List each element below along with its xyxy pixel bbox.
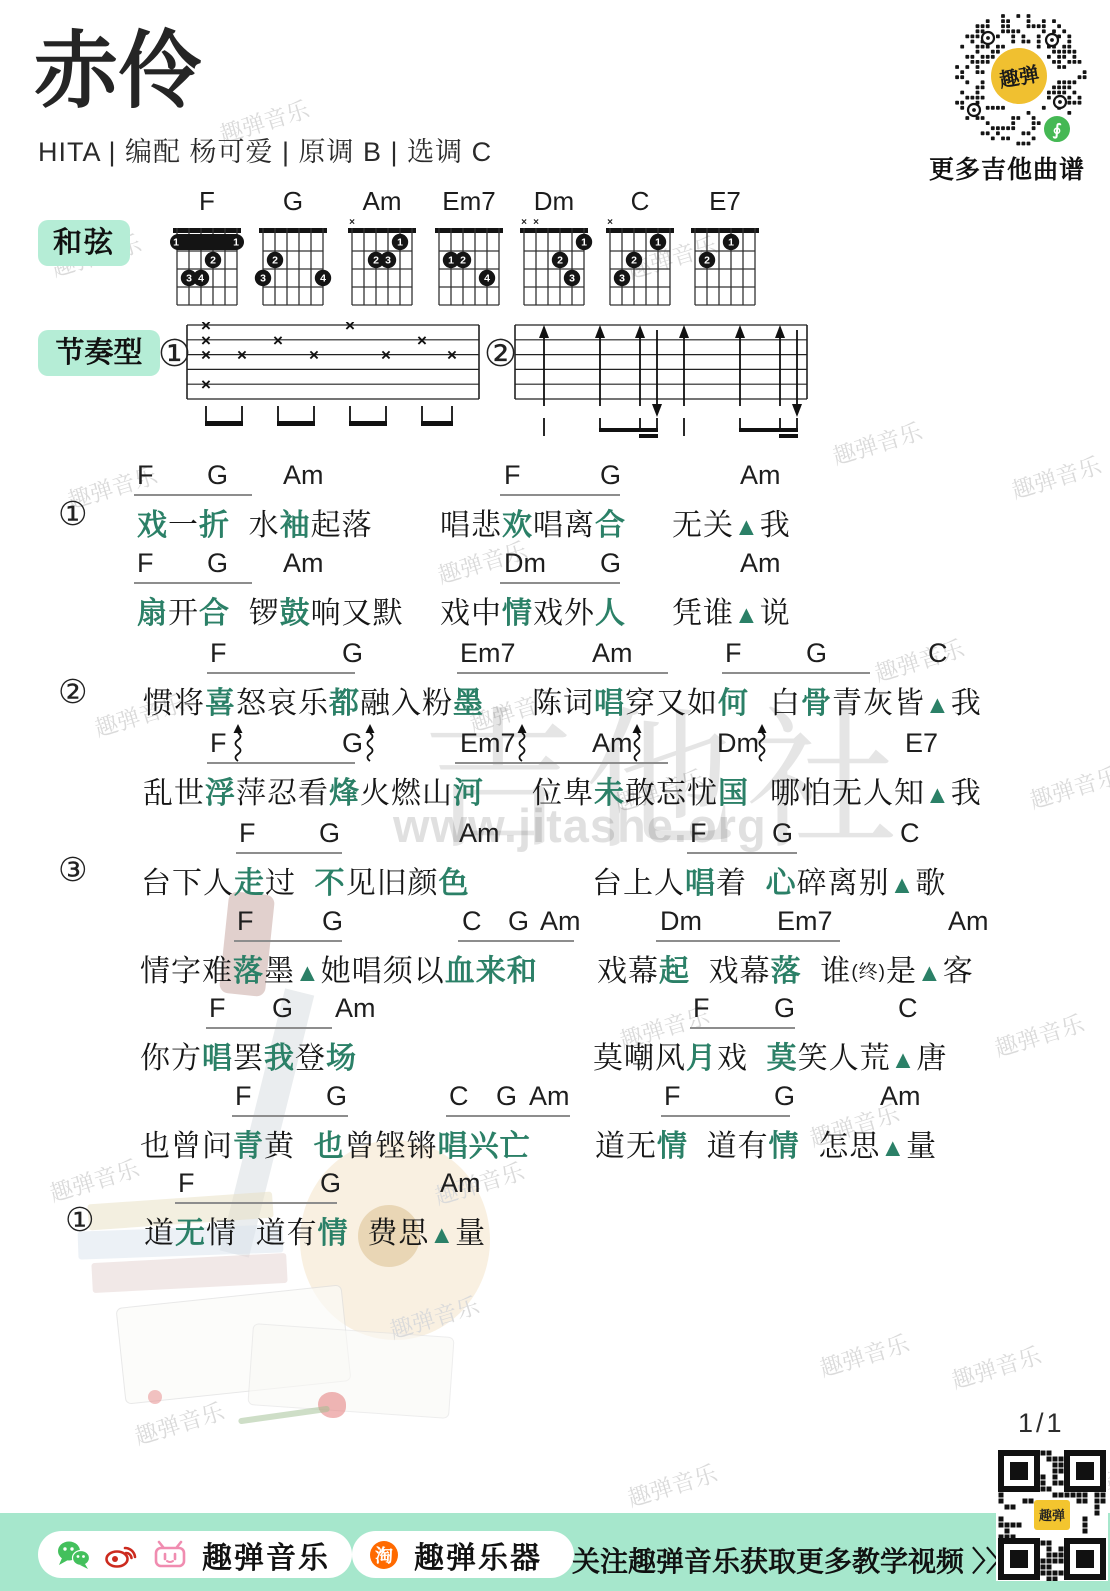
lyric-line: 台下人走过 不见旧颜色: [141, 858, 470, 902]
chord-label: F: [210, 638, 227, 669]
chord-label: Em7: [460, 728, 516, 759]
lyric-text: 戏幕: [690, 955, 771, 988]
chord-label: G: [322, 906, 343, 937]
chord-label: F: [210, 728, 227, 759]
chord-label: C: [462, 906, 482, 937]
chord-label: Em7: [460, 638, 516, 669]
song-title: 赤伶: [34, 4, 202, 125]
sheet-page: 趣弹音乐趣弹音乐趣弹音乐趣弹音乐趣弹音乐趣弹音乐趣弹音乐趣弹音乐趣弹音乐趣弹音乐…: [0, 0, 1110, 1591]
lyric-line: 凭谁▲说: [672, 588, 791, 632]
lyric-text: 敢忘忧: [625, 777, 718, 810]
chord-underline: [207, 762, 355, 764]
verse-marker: ①: [58, 494, 88, 533]
lyric-text: 黄: [264, 1130, 314, 1163]
lyric-text: 月: [686, 1042, 717, 1075]
footer-cta-text: 关注趣弹音乐获取更多教学视频 〉〉〉: [572, 1540, 1028, 1580]
lyric-line: 惯将喜怒哀乐都融入粉墨: [143, 678, 484, 722]
lyric-text: 也曾问: [140, 1130, 233, 1163]
lyric-text: 莫嘲风: [593, 1042, 686, 1075]
chord-label: F: [239, 818, 256, 849]
lyric-text: 客: [943, 955, 974, 988]
chord-underline: [175, 1202, 337, 1204]
chord-label: G: [272, 993, 293, 1024]
lyric-line: 戏幕起 戏幕落 谁(终)是▲客: [597, 946, 974, 990]
weibo-icon: [104, 1539, 140, 1571]
chord-label: G: [806, 638, 827, 669]
svg-text:×: ×: [521, 217, 527, 228]
chord-label: F: [725, 638, 742, 669]
lyric-text: 说: [760, 597, 791, 630]
chord-diagram-Am: Am×123: [343, 188, 421, 315]
lyric-text: 墨: [264, 955, 295, 988]
chord-label: C: [900, 818, 920, 849]
lyric-line: 戏一折 水袖起落: [137, 500, 373, 544]
chords-section-label: 和弦: [38, 220, 130, 266]
melody-triangle: ▲: [429, 1221, 455, 1249]
lyric-text: 起落: [311, 509, 373, 542]
chord-label: G: [772, 818, 793, 849]
lyric-text: 陈词: [532, 687, 594, 720]
lyric-line: 陈词唱穿又如何: [532, 678, 749, 722]
lyric-line: 乱世浮萍忍看烽火燃山河: [143, 768, 484, 812]
lyric-text: 火燃山: [360, 777, 453, 810]
rhythm-pattern-2: [514, 322, 809, 445]
lyric-line: 位卑未敢忘忧国: [532, 768, 749, 812]
lyric-text: (终): [851, 962, 886, 983]
chord-underline: [134, 494, 252, 496]
lyric-text: 见旧颜: [346, 867, 439, 900]
lyric-text: 位卑: [532, 777, 594, 810]
lyric-text: 台下人: [141, 867, 234, 900]
chord-name-label: G: [254, 188, 332, 216]
lyric-text: 墨: [453, 687, 484, 720]
melody-triangle: ▲: [925, 781, 951, 809]
svg-text:2: 2: [210, 255, 216, 267]
decor-berry: [148, 1390, 162, 1404]
lyric-text: 情: [769, 1130, 800, 1163]
qr-code-top: 趣弹∮: [948, 12, 1090, 159]
chord-label: Am: [283, 548, 324, 579]
wechat-icon: [56, 1539, 92, 1571]
chord-name-label: C: [601, 188, 679, 216]
chord-underline: [446, 1115, 570, 1117]
lyric-text: 唐: [916, 1042, 947, 1075]
lyric-text: 穿又如: [625, 687, 718, 720]
chord-underline: [455, 762, 668, 764]
lyric-text: 怎思: [800, 1130, 881, 1163]
svg-text:×: ×: [273, 331, 283, 350]
watermark: 趣弹音乐: [1007, 447, 1105, 505]
lyric-text: 无: [175, 1217, 206, 1250]
lyric-text: 合: [199, 597, 230, 630]
taobao-icon: 淘: [368, 1539, 400, 1571]
chord-label: C: [898, 993, 918, 1024]
svg-text:2: 2: [557, 255, 563, 267]
rhythm-pattern-1: ×××××××××××: [186, 322, 481, 445]
chord-label: G: [508, 906, 529, 937]
svg-text:3: 3: [186, 273, 192, 285]
svg-text:×: ×: [417, 331, 427, 350]
lyric-text: 台上人: [592, 867, 685, 900]
lyric-text: 我: [951, 687, 982, 720]
lyric-text: 着: [716, 867, 766, 900]
chord-diagram-G: G234: [254, 188, 332, 315]
chord-diagram-C: C×123: [601, 188, 679, 315]
lyric-text: 河: [453, 777, 484, 810]
lyric-text: 落: [771, 955, 802, 988]
chord-name-label: Am: [343, 188, 421, 216]
lyric-text: 扇: [137, 597, 168, 630]
lyric-line: 白骨青灰皆▲我: [770, 678, 982, 722]
lyric-text: 起: [659, 955, 690, 988]
watermark: 趣弹音乐: [1025, 757, 1110, 815]
chord-label: Am: [335, 993, 376, 1024]
lyric-text: 我: [951, 777, 982, 810]
footer-social-pill: 趣弹音乐: [38, 1531, 352, 1578]
melody-triangle: ▲: [880, 1134, 906, 1162]
rhythm-pattern-2-number: ②: [484, 332, 517, 375]
chord-underline: [687, 852, 797, 854]
lyric-line: 哪怕无人知▲我: [770, 768, 982, 812]
chord-label: G: [600, 548, 621, 579]
lyric-text: 戏中: [440, 597, 502, 630]
lyric-text: 戏: [137, 509, 168, 542]
svg-text:4: 4: [320, 273, 326, 285]
chord-label: F: [178, 1168, 195, 1199]
lyric-text: 她唱须以: [321, 955, 445, 988]
lyric-text: 乱世: [143, 777, 205, 810]
lyric-text: 情: [657, 1130, 688, 1163]
lyric-text: 道有: [688, 1130, 769, 1163]
footer-brand-label: 趣弹音乐: [202, 1533, 330, 1577]
chord-underline: [206, 1027, 332, 1029]
watermark: 趣弹音乐: [947, 1337, 1045, 1395]
lyric-text: 戏幕: [597, 955, 659, 988]
lyric-text: 怒哀乐: [236, 687, 329, 720]
melody-triangle: ▲: [734, 601, 760, 629]
chord-label: Am: [529, 1081, 570, 1112]
chord-name-label: F: [168, 188, 246, 216]
melody-triangle: ▲: [917, 959, 943, 987]
chord-underline: [457, 672, 668, 674]
chord-name-label: E7: [686, 188, 764, 216]
lyric-text: 都: [329, 687, 360, 720]
lyric-line: 情字难落墨▲她唱须以血来和: [140, 946, 538, 990]
svg-text:×: ×: [201, 346, 211, 365]
chord-label: F: [504, 460, 521, 491]
lyric-text: 融入粉: [360, 687, 453, 720]
chord-underline: [656, 940, 840, 942]
chord-underline: [458, 940, 574, 942]
lyric-text: 莫: [767, 1042, 798, 1075]
lyric-text: 人: [595, 597, 626, 630]
lyric-text: 笑人荒: [798, 1042, 891, 1075]
chord-name-label: Dm: [515, 188, 593, 216]
lyric-line: 你方唱罢我登场: [140, 1033, 357, 1077]
chord-label: F: [690, 818, 707, 849]
lyric-text: 唱兴亡: [438, 1130, 531, 1163]
verse-marker: ②: [58, 672, 88, 711]
chord-label: Am: [740, 460, 781, 491]
melody-triangle: ▲: [890, 871, 916, 899]
svg-text:×: ×: [201, 375, 211, 394]
melody-triangle: ▲: [734, 513, 760, 541]
chord-label: G: [342, 638, 363, 669]
svg-text:×: ×: [381, 346, 391, 365]
svg-text:3: 3: [385, 255, 391, 267]
svg-text:2: 2: [272, 255, 278, 267]
lyric-line: 莫嘲风月戏 莫笑人荒▲唐: [593, 1033, 947, 1077]
chord-underline: [661, 1115, 790, 1117]
decor-rose-stem: [238, 1406, 330, 1425]
chord-label: G: [326, 1081, 347, 1112]
chord-underline: [690, 1027, 795, 1029]
lyric-text: 情字难: [140, 955, 233, 988]
decor-rose: [318, 1392, 346, 1418]
chord-label: F: [235, 1081, 252, 1112]
lyric-text: 唱: [685, 867, 716, 900]
music-note-icon: ∮: [1053, 122, 1062, 139]
lyric-text: 登: [295, 1042, 326, 1075]
lyric-text: 唱: [594, 687, 625, 720]
svg-text:1: 1: [233, 237, 239, 249]
lyric-text: 曾铿锵: [345, 1130, 438, 1163]
lyric-text: 折: [199, 509, 230, 542]
chord-label: C: [449, 1081, 469, 1112]
strum-wave-icon: [364, 724, 376, 769]
strum-wave-icon: [756, 724, 768, 769]
lyric-text: 谁: [802, 955, 852, 988]
chord-label: F: [137, 548, 154, 579]
page-number: 1/1: [1018, 1408, 1065, 1439]
chord-label: G: [600, 460, 621, 491]
chord-diagram-F: F11234: [168, 188, 246, 315]
chord-label: Em7: [777, 906, 833, 937]
chord-label: Dm: [660, 906, 702, 937]
lyric-text: 费思: [349, 1217, 430, 1250]
lyric-text: 心: [766, 867, 797, 900]
chord-label: Am: [283, 460, 324, 491]
verse-marker: ①: [65, 1200, 95, 1239]
svg-text:4: 4: [484, 273, 490, 285]
svg-text:×: ×: [349, 217, 355, 228]
chord-label: C: [928, 638, 948, 669]
melody-triangle: ▲: [295, 959, 321, 987]
svg-text:×: ×: [309, 346, 319, 365]
chord-label: Am: [459, 818, 500, 849]
chord-label: G: [342, 728, 363, 759]
lyric-text: 走: [234, 867, 265, 900]
qr-top-caption: 更多吉他曲谱: [912, 150, 1102, 186]
chord-label: E7: [905, 728, 938, 759]
lyric-text: 合: [595, 509, 626, 542]
lyric-text: 我: [264, 1042, 295, 1075]
song-meta: HITA | 编配 杨可爱 | 原调 B | 选调 C: [38, 130, 492, 169]
lyric-text: 色: [439, 867, 470, 900]
lyric-text: 无关: [672, 509, 734, 542]
chord-diagram-E7: E712: [686, 188, 764, 315]
chord-underline: [207, 672, 355, 674]
svg-text:1: 1: [581, 237, 587, 249]
lyric-text: 不: [315, 867, 346, 900]
svg-text:×: ×: [345, 322, 355, 335]
chord-label: Am: [592, 638, 633, 669]
lyric-text: 情: [502, 597, 533, 630]
lyric-text: 锣: [230, 597, 280, 630]
lyric-text: 碎离别: [797, 867, 890, 900]
qr-bottom-logo: 趣弹: [1039, 1508, 1065, 1523]
watermark: 趣弹音乐: [828, 413, 926, 471]
lyric-text: 未: [594, 777, 625, 810]
lyric-text: 歌: [915, 867, 946, 900]
chord-underline: [500, 494, 620, 496]
footer-shop-pill: 淘 趣弹乐器: [352, 1531, 574, 1578]
melody-triangle: ▲: [925, 691, 951, 719]
lyric-text: 量: [906, 1130, 937, 1163]
chord-label: G: [207, 460, 228, 491]
chord-label: Am: [740, 548, 781, 579]
lyric-text: 白: [770, 687, 801, 720]
lyric-text: 情: [318, 1217, 349, 1250]
lyric-text: 情 道有: [206, 1217, 318, 1250]
svg-text:1: 1: [655, 237, 661, 249]
lyric-text: 血来和: [445, 955, 538, 988]
lyric-text: 一: [168, 509, 199, 542]
chord-label: F: [664, 1081, 681, 1112]
chord-label: F: [693, 993, 710, 1024]
lyric-text: 国: [718, 777, 749, 810]
lyric-text: 量: [455, 1217, 486, 1250]
lyric-text: 惯将: [143, 687, 205, 720]
svg-text:4: 4: [198, 273, 204, 285]
lyric-line: 唱悲欢唱离合: [440, 500, 626, 544]
chord-label: Am: [880, 1081, 921, 1112]
lyric-text: 何: [718, 687, 749, 720]
lyric-text: 欢: [502, 509, 533, 542]
lyric-text: 戏: [717, 1042, 767, 1075]
chord-label: Am: [540, 906, 581, 937]
decor-book: [91, 1253, 287, 1293]
lyric-text: 场: [326, 1042, 357, 1075]
lyric-text: 道: [144, 1217, 175, 1250]
svg-text:1: 1: [728, 237, 734, 249]
lyric-text: 烽: [329, 777, 360, 810]
lyric-text: 道无: [595, 1130, 657, 1163]
lyric-text: 袖: [280, 509, 311, 542]
bilibili-icon: [152, 1539, 188, 1571]
lyric-line: 也曾问青黄 也曾铿锵唱兴亡: [140, 1121, 531, 1165]
lyric-text: 我: [760, 509, 791, 542]
lyric-text: 鼓: [280, 597, 311, 630]
lyric-text: 戏外: [533, 597, 595, 630]
svg-text:3: 3: [260, 273, 266, 285]
lyric-text: 浮: [205, 777, 236, 810]
watermark: 趣弹音乐: [990, 1005, 1088, 1063]
lyric-text: 你方: [140, 1042, 202, 1075]
lyric-text: 唱: [202, 1042, 233, 1075]
svg-text:1: 1: [173, 237, 179, 249]
chord-label: Dm: [504, 548, 546, 579]
lyric-text: 是: [886, 955, 917, 988]
chord-label: F: [137, 460, 154, 491]
svg-text:×: ×: [607, 217, 613, 228]
chord-diagram-Dm: Dm××123: [515, 188, 593, 315]
chord-underline: [232, 1115, 348, 1117]
svg-text:3: 3: [569, 273, 575, 285]
chord-label: Am: [592, 728, 633, 759]
chord-label: G: [207, 548, 228, 579]
chord-label: G: [319, 818, 340, 849]
footer-shop-label: 趣弹乐器: [414, 1533, 542, 1577]
lyric-text: 骨: [801, 687, 832, 720]
chord-label: Dm: [717, 728, 759, 759]
lyric-text: 罢: [233, 1042, 264, 1075]
svg-text:淘: 淘: [375, 1545, 393, 1566]
lyric-line: 戏中情戏外人: [440, 588, 626, 632]
lyric-text: 水: [230, 509, 280, 542]
watermark: 趣弹音乐: [623, 1455, 721, 1513]
svg-text:1: 1: [448, 255, 454, 267]
lyric-text: 开: [168, 597, 199, 630]
chord-label: Am: [948, 906, 989, 937]
lyric-line: 道无情 道有情 怎思▲量: [595, 1121, 937, 1165]
lyric-line: 道无情 道有情 费思▲量: [144, 1208, 486, 1252]
chord-name-label: Em7: [430, 188, 508, 216]
lyric-text: 青灰皆: [832, 687, 925, 720]
watermark: 趣弹音乐: [815, 1325, 913, 1383]
chord-label: G: [496, 1081, 517, 1112]
chord-label: Am: [440, 1168, 481, 1199]
chord-underline: [236, 852, 342, 854]
svg-text:×: ×: [237, 346, 247, 365]
chord-label: F: [209, 993, 226, 1024]
lyric-text: 青: [233, 1130, 264, 1163]
lyric-text: 凭谁: [672, 597, 734, 630]
decor-open-book: [247, 1323, 454, 1419]
chord-label: G: [320, 1168, 341, 1199]
chord-label: G: [774, 993, 795, 1024]
lyric-text: 哪怕无人知: [770, 777, 925, 810]
chord-underline: [234, 940, 342, 942]
lyric-text: 也: [314, 1130, 345, 1163]
qr-code-bottom: 趣弹: [996, 1449, 1108, 1586]
lyric-line: 扇开合 锣鼓响又默: [137, 588, 404, 632]
chord-underline: [722, 672, 870, 674]
lyric-text: 唱离: [533, 509, 595, 542]
chord-underline: [500, 582, 620, 584]
lyric-text: 响又默: [311, 597, 404, 630]
chord-diagram-Em7: Em7124: [430, 188, 508, 315]
lyric-line: 无关▲我: [672, 500, 791, 544]
lyric-text: 落: [233, 955, 264, 988]
svg-text:3: 3: [619, 273, 625, 285]
chord-label: F: [237, 906, 254, 937]
lyric-text: 萍忍看: [236, 777, 329, 810]
lyric-text: 过: [265, 867, 315, 900]
chord-label: G: [774, 1081, 795, 1112]
svg-text:2: 2: [704, 255, 710, 267]
lyric-text: 喜: [205, 687, 236, 720]
svg-text:×: ×: [447, 346, 457, 365]
svg-text:×: ×: [533, 217, 539, 228]
svg-text:2: 2: [460, 255, 466, 267]
chord-underline: [134, 582, 252, 584]
melody-triangle: ▲: [891, 1046, 917, 1074]
lyric-line: 台上人唱着 心碎离别▲歌: [592, 858, 946, 902]
verse-marker: ③: [58, 850, 88, 889]
rhythm-section-label: 节奏型: [38, 330, 160, 376]
svg-text:2: 2: [373, 255, 379, 267]
